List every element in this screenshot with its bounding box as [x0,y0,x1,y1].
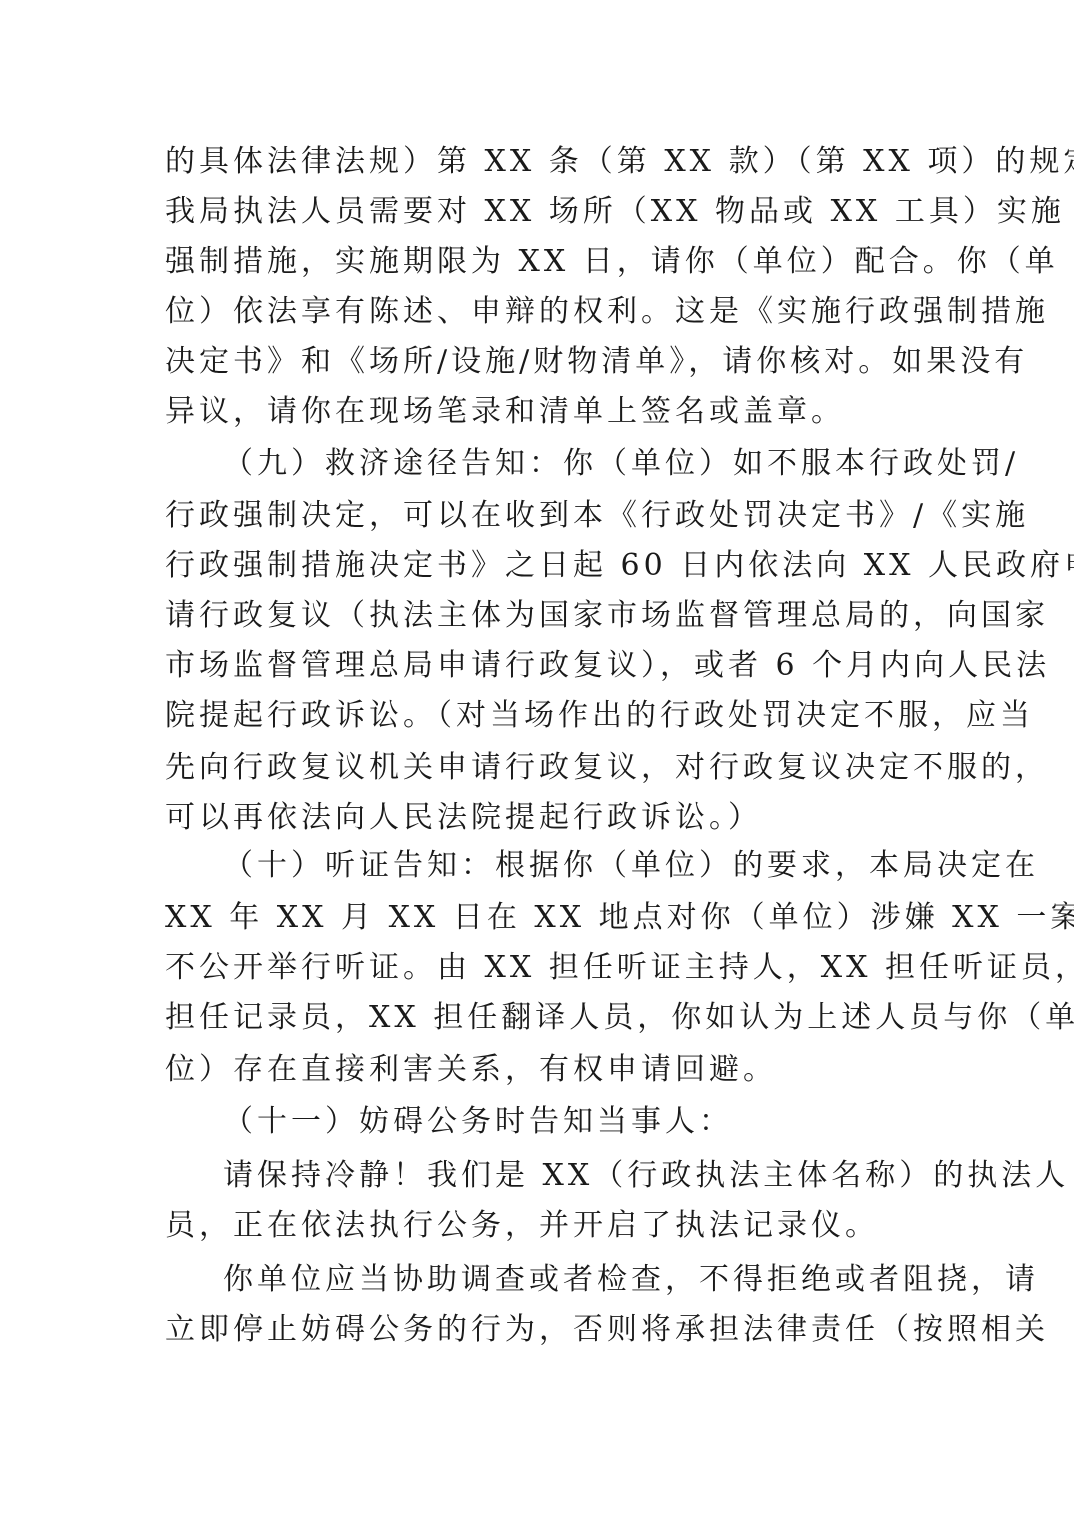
section-heading-9: （九）救济途径告知：你（单位）如不服本行政处罚/ [223,444,1019,484]
text-line: 先向行政复议机关申请行政复议，对行政复议决定不服的， [165,748,1049,788]
section-heading-11: （十一）妨碍公务时告知当事人： [223,1102,733,1142]
text-line: 位）存在直接利害关系，有权申请回避。 [165,1050,777,1090]
text-line: 决定书》和《场所/设施/财物清单》，请你核对。如果没有 [165,342,1028,382]
text-line: 市场监督管理总局申请行政复议），或者 6 个月内向人民法 [165,646,1050,686]
text-line: 请保持冷静！我们是 XX（行政执法主体名称）的执法人 [223,1156,1069,1196]
text-line: 行政强制措施决定书》之日起 60 日内依法向 XX 人民政府申 [165,546,1074,586]
text-line: 我局执法人员需要对 XX 场所（XX 物品或 XX 工具）实施 XX [165,192,1074,232]
text-line: 立即停止妨碍公务的行为，否则将承担法律责任（按照相关 [165,1310,1049,1350]
text-line: 异议，请你在现场笔录和清单上签名或盖章。 [165,392,845,432]
text-line: 强制措施，实施期限为 XX 日，请你（单位）配合。你（单 [165,242,1059,282]
document-page: 的具体法律法规）第 XX 条（第 XX 款）（第 XX 项）的规定， 我局执法人… [0,0,1074,1520]
text-line: XX 年 XX 月 XX 日在 XX 地点对你（单位）涉嫌 XX 一案公开/ [165,898,1074,938]
text-line: 可以再依法向人民法院提起行政诉讼。） [165,798,762,838]
text-line: 行政强制决定，可以在收到本《行政处罚决定书》/《实施 [165,496,1029,536]
text-line: 你单位应当协助调查或者检查，不得拒绝或者阻挠，请 [223,1260,1039,1300]
section-heading-10: （十）听证告知：根据你（单位）的要求，本局决定在 [223,846,1039,886]
text-line: 位）依法享有陈述、申辩的权利。这是《实施行政强制措施 [165,292,1049,332]
text-line: 员，正在依法执行公务，并开启了执法记录仪。 [165,1206,879,1246]
text-line: 不公开举行听证。由 XX 担任听证主持人，XX 担任听证员，XX [165,948,1074,988]
text-line: 的具体法律法规）第 XX 条（第 XX 款）（第 XX 项）的规定， [165,142,1074,182]
text-line: 院提起行政诉讼。（对当场作出的行政处罚决定不服，应当 [165,696,1034,736]
text-line: 请行政复议（执法主体为国家市场监督管理总局的，向国家 [165,596,1049,636]
text-line: 担任记录员，XX 担任翻译人员，你如认为上述人员与你（单 [165,998,1074,1038]
